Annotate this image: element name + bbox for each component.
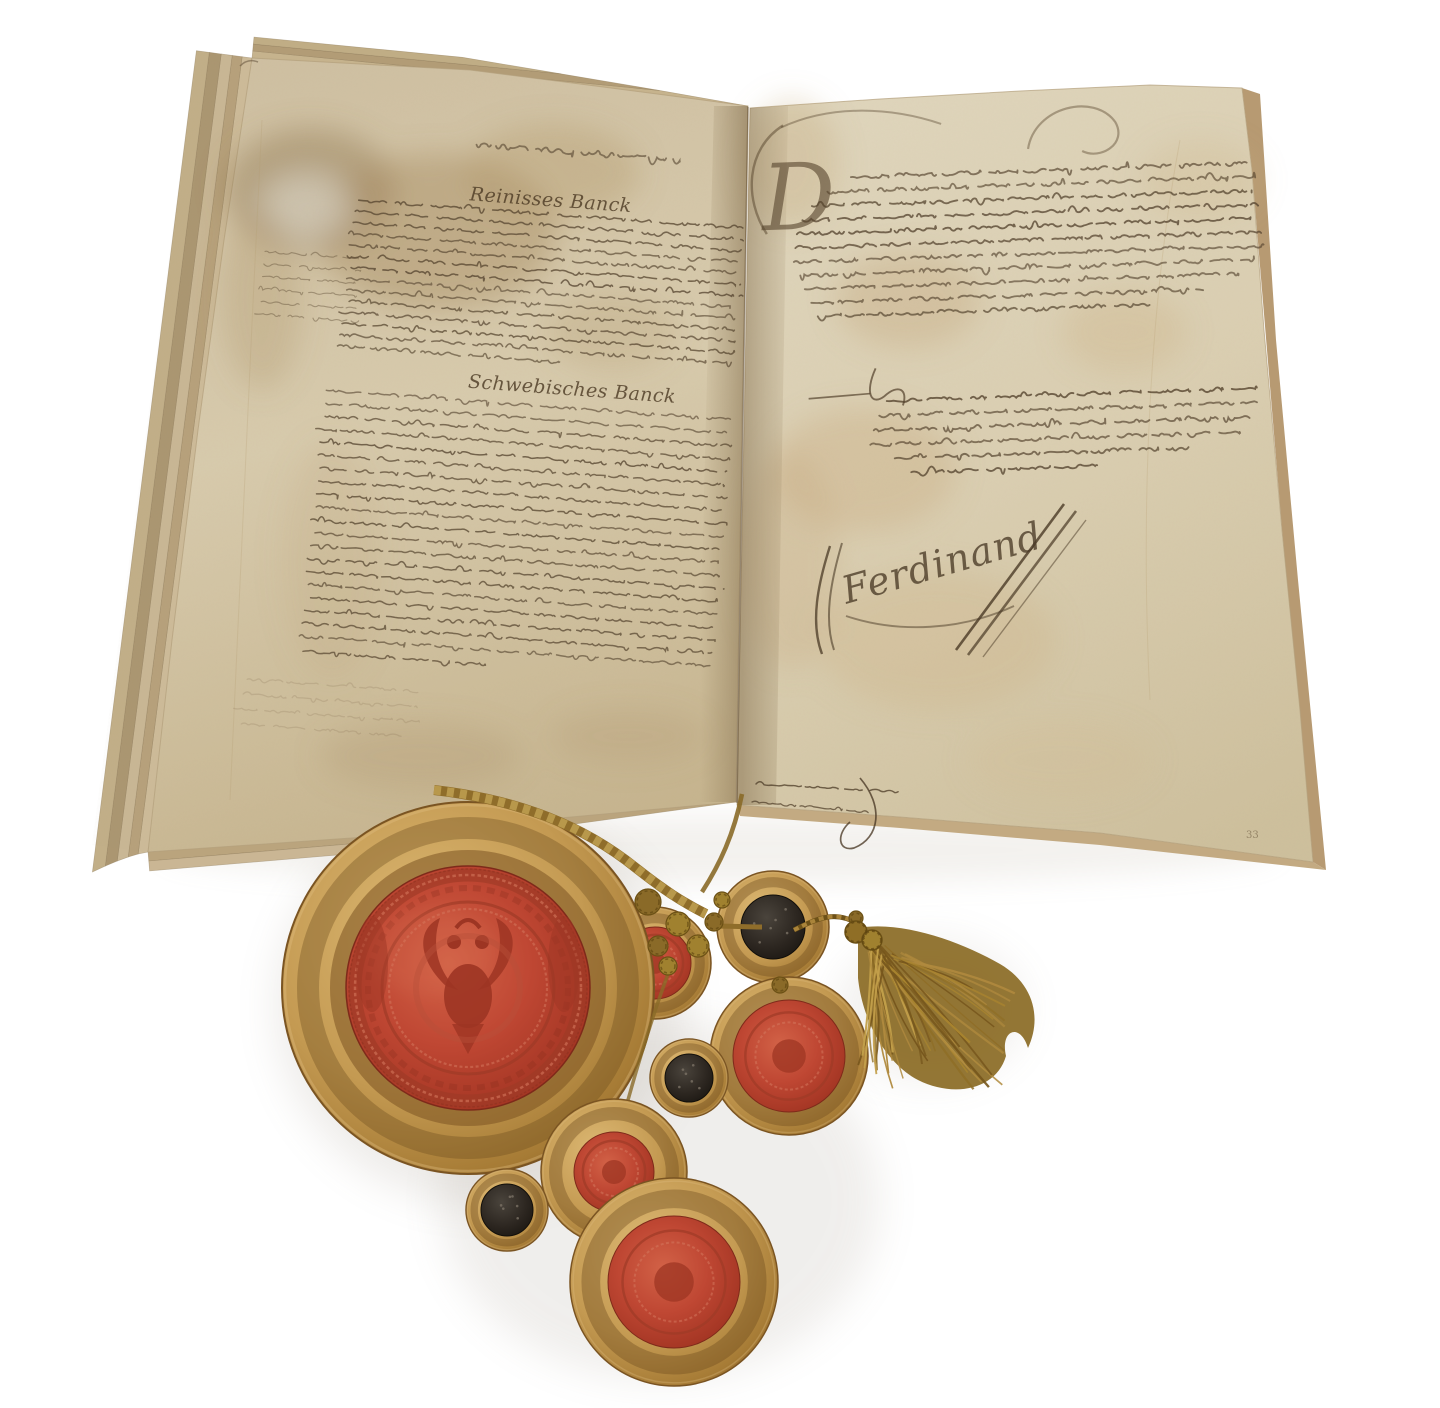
decorated-initial: D	[758, 143, 837, 253]
page-mark: 33	[1246, 830, 1259, 841]
seal-black-left	[466, 1169, 548, 1251]
seal-red-bottom	[570, 1178, 778, 1386]
seal-small-black	[650, 1039, 728, 1117]
manuscript-scene: Reinisses Banck Schwebisches Banck D Fer…	[0, 0, 1440, 1408]
manuscript-photograph: Reinisses Banck Schwebisches Banck D Fer…	[0, 0, 1440, 1408]
seal-red-right	[710, 977, 868, 1135]
